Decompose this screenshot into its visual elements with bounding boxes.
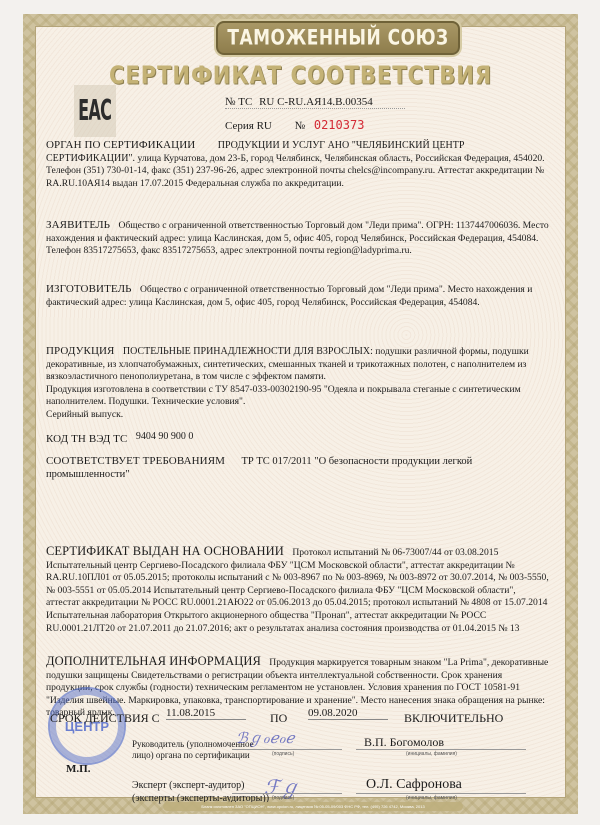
product-label: ПРОДУКЦИЯ: [46, 345, 114, 357]
product-release: Серийный выпуск.: [46, 409, 551, 422]
series-value: RU: [257, 120, 272, 132]
conformity-label: СООТВЕТСТВУЕТ ТРЕБОВАНИЯМ: [46, 455, 225, 467]
hs-code-section: КОД ТН ВЭД ТС 9404 90 900 0: [46, 433, 551, 447]
customs-union-text: ТАМОЖЕННЫЙ СОЮЗ: [227, 26, 448, 51]
printer-footer: Бланк изготовлен ЗАО "ОПЦИОН", www.opcio…: [163, 802, 463, 811]
manufacturer-label: ИЗГОТОВИТЕЛЬ: [46, 283, 132, 295]
applicant-section: ЗАЯВИТЕЛЬ Общество с ограниченной ответс…: [46, 219, 551, 258]
inclusive-label: ВКЛЮЧИТЕЛЬНО: [404, 711, 503, 726]
product-standard: Продукция изготовлена в соответствии с Т…: [46, 384, 551, 409]
certificate-number: № ТС RU C-RU.АЯ14.В.00354: [225, 96, 405, 109]
certificate-body: ТАМОЖЕННЫЙ СОЮЗ СЕРТИФИКАТ СООТВЕТСТВИЯ …: [35, 26, 566, 798]
valid-to-date: 09.08.2020: [308, 707, 388, 720]
basis-label: СЕРТИФИКАТ ВЫДАН НА ОСНОВАНИИ: [46, 544, 284, 558]
hs-code-value: 9404 90 900 0: [136, 431, 194, 442]
customs-union-banner: ТАМОЖЕННЫЙ СОЮЗ: [216, 21, 460, 55]
expert-name: О.Л. Сафронова: [366, 777, 462, 793]
applicant-value: Общество с ограниченной ответственностью…: [46, 220, 549, 256]
certificate-series: Серия RU № 0210373: [225, 118, 364, 132]
basis-section: СЕРТИФИКАТ ВЫДАН НА ОСНОВАНИИ Протокол и…: [46, 545, 551, 635]
certificate-number-value: RU C-RU.АЯ14.В.00354: [259, 96, 373, 108]
certification-body-section: ОРГАН ПО СЕРТИФИКАЦИИ ПРОДУКЦИИ И УСЛУГ …: [46, 139, 551, 190]
seal-place-label: М.П.: [66, 763, 90, 775]
serial-number: 0210373: [314, 118, 365, 132]
validity-period: СРОК ДЕЙСТВИЯ С 11.08.2015 ПО 09.08.2020…: [50, 707, 530, 723]
head-name: В.П. Богомолов: [364, 735, 444, 750]
validity-label: СРОК ДЕЙСТВИЯ С: [50, 711, 160, 726]
applicant-label: ЗАЯВИТЕЛЬ: [46, 219, 110, 231]
hs-code-label: КОД ТН ВЭД ТС: [46, 433, 127, 445]
valid-from-date: 11.08.2015: [166, 707, 246, 720]
valid-to-label: ПО: [270, 711, 287, 726]
basis-value: Протокол испытаний № 06-73007/44 от 03.0…: [46, 547, 549, 634]
eac-mark-icon: ЕАС: [74, 85, 116, 137]
conformity-section: СООТВЕТСТВУЕТ ТРЕБОВАНИЯМ ТР ТС 017/2011…: [46, 455, 551, 481]
certification-seal-stamp: ЦЕНТР: [48, 687, 126, 765]
product-section: ПРОДУКЦИЯ ПОСТЕЛЬНЫЕ ПРИНАДЛЕЖНОСТИ ДЛЯ …: [46, 345, 551, 422]
head-signature: ℬℊℴℯℴℯ: [236, 727, 294, 748]
manufacturer-section: ИЗГОТОВИТЕЛЬ Общество с ограниченной отв…: [46, 283, 551, 309]
additional-info-label: ДОПОЛНИТЕЛЬНАЯ ИНФОРМАЦИЯ: [46, 654, 261, 668]
certificate-sheet: ТАМОЖЕННЫЙ СОЮЗ СЕРТИФИКАТ СООТВЕТСТВИЯ …: [23, 14, 578, 814]
certification-body-label: ОРГАН ПО СЕРТИФИКАЦИИ: [46, 139, 195, 151]
